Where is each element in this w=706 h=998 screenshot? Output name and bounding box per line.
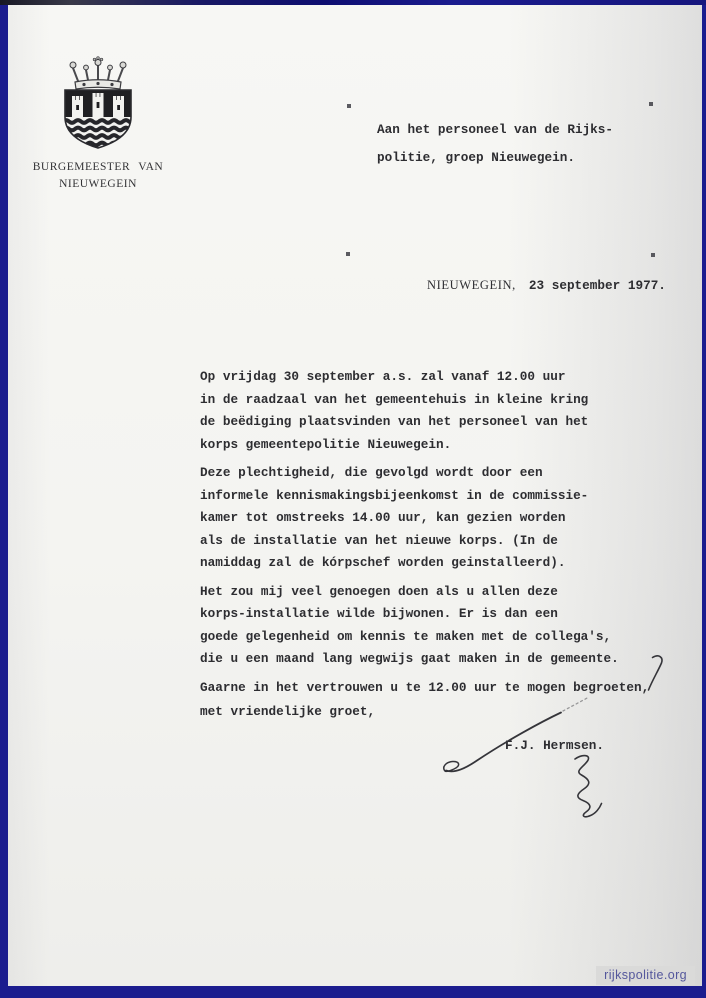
paragraph-installation: Deze plechtigheid, die gevolgd wordt doo…	[200, 462, 656, 575]
closing-salutation: met vriendelijke groet,	[200, 704, 375, 719]
sender-letterhead: BURGEMEESTER VAN NIEUWEGEIN	[25, 159, 171, 193]
recipient-line1: Aan het personeel van de Rijks-	[377, 116, 613, 144]
watermark-label: rijkspolitie.org	[596, 966, 695, 985]
registration-dot	[649, 102, 653, 106]
signature-name: F.J. Hermsen.	[505, 738, 604, 753]
dateline: NIEUWEGEIN, 23 september 1977.	[427, 278, 666, 293]
registration-dot	[346, 252, 350, 256]
recipient-line2: politie, groep Nieuwegein.	[377, 144, 613, 172]
scanned-letter-page: BURGEMEESTER VAN NIEUWEGEIN Aan het pers…	[0, 0, 706, 998]
paragraph-invitation: Het zou mij veel genoegen doen als u all…	[200, 581, 656, 671]
letter-body: Op vrijdag 30 september a.s. zal vanaf 1…	[200, 366, 656, 705]
sender-municipality: NIEUWEGEIN	[25, 176, 171, 193]
paragraph-greeting-hope: Gaarne in het vertrouwen u te 12.00 uur …	[200, 677, 656, 700]
dateline-date: 23 september 1977.	[529, 278, 666, 293]
paragraph-ceremony: Op vrijdag 30 september a.s. zal vanaf 1…	[200, 366, 656, 456]
registration-dot	[651, 253, 655, 257]
crown-icon	[70, 57, 126, 89]
sender-title: BURGEMEESTER VAN	[25, 159, 171, 176]
dateline-place: NIEUWEGEIN,	[427, 278, 516, 293]
registration-dot	[347, 104, 351, 108]
recipient-address: Aan het personeel van de Rijks- politie,…	[377, 116, 613, 172]
nieuwegein-coat-of-arms-icon	[58, 53, 138, 153]
